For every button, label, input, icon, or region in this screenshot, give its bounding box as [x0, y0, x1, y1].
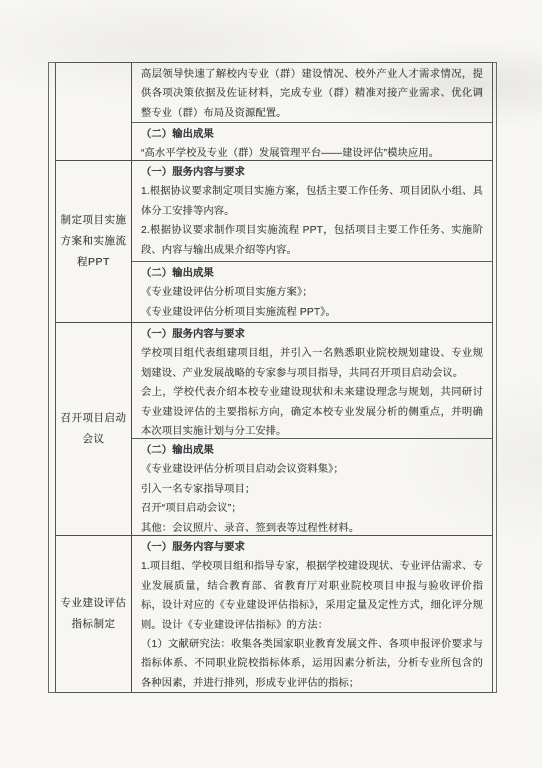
document-table-outer-border: 高层领导快速了解校内专业（群）建设情况、校外产业人才需求情况，提供各项决策依据及… [48, 62, 497, 693]
row-label: 制定项目实施方案和实施流程PPT [56, 161, 132, 322]
paragraph: 学校项目组代表组建项目组，并引入一名熟悉职业院校规划建设、专业规划建设、产业发展… [141, 344, 483, 383]
section-service: （一）服务内容与要求 1.项目组、学校项目组和指导专家，根据学校建设现状、专业评… [132, 536, 492, 692]
row-content: （一）服务内容与要求 1.根据协议要求制定项目实施方案，包括主要工作任务、项目团… [132, 161, 492, 322]
row-content: 高层领导快速了解校内专业（群）建设情况、校外产业人才需求情况，提供各项决策依据及… [132, 63, 492, 160]
paragraph: 1.根据协议要求制定项目实施方案，包括主要工作任务、项目团队小组、具体分工安排等… [141, 182, 483, 221]
section-heading: （一）服务内容与要求 [141, 325, 483, 344]
table-row-platform-output: 高层领导快速了解校内专业（群）建设情况、校外产业人才需求情况，提供各项决策依据及… [56, 63, 492, 160]
table-row-evaluation-indicators: 专业建设评估指标制定 （一）服务内容与要求 1.项目组、学校项目组和指导专家，根… [56, 535, 492, 692]
section-heading: （二）输出成果 [141, 441, 483, 460]
paragraph: 《专业建设评估分析项目实施流程 PPT》。 [141, 303, 483, 322]
section-service: （一）服务内容与要求 学校项目组代表组建项目组，并引入一名熟悉职业院校规划建设、… [132, 323, 492, 438]
paragraph: “高水平学校及专业（群）发展管理平台——建设评估”模块应用。 [141, 144, 483, 160]
row-label-empty [56, 63, 132, 160]
paragraph: 引入一名专家指导项目； [141, 480, 483, 499]
section-output: （二）输出成果 《专业建设评估分析项目实施方案》； 《专业建设评估分析项目实施流… [132, 261, 492, 322]
section-heading: （二）输出成果 [141, 264, 483, 283]
section-output: （二）输出成果 《专业建设评估分析项目启动会议资料集》； 引入一名专家指导项目；… [132, 438, 492, 535]
paragraph: 会上，学校代表介绍本校专业建设现状和未来建设理念与规划，共同研讨专业建设评估的主… [141, 383, 483, 438]
section-service-continued: 高层领导快速了解校内专业（群）建设情况、校外产业人才需求情况，提供各项决策依据及… [132, 63, 492, 122]
paragraph: 高层领导快速了解校内专业（群）建设情况、校外产业人才需求情况，提供各项决策依据及… [141, 65, 483, 122]
paragraph: 《专业建设评估分析项目启动会议资料集》； [141, 460, 483, 479]
section-heading: （二）输出成果 [141, 125, 483, 144]
paragraph: 1.项目组、学校项目组和指导专家，根据学校建设现状、专业评估需求、专业发展质量，… [141, 557, 483, 635]
scanned-document-page: 高层领导快速了解校内专业（群）建设情况、校外产业人才需求情况，提供各项决策依据及… [0, 0, 542, 768]
section-heading: （一）服务内容与要求 [141, 163, 483, 182]
paragraph: 2.根据协议要求制作项目实施流程 PPT，包括项目主要工作任务、实施阶段、内容与… [141, 221, 483, 260]
table-row-kickoff-meeting: 召开项目启动会议 （一）服务内容与要求 学校项目组代表组建项目组，并引入一名熟悉… [56, 322, 492, 535]
section-heading: （一）服务内容与要求 [141, 538, 483, 557]
section-output: （二）输出成果 “高水平学校及专业（群）发展管理平台——建设评估”模块应用。 [132, 122, 492, 160]
paragraph: 其他：会议照片、录音、签到表等过程性材料。 [141, 519, 483, 535]
paragraph: 召开“项目启动会议”； [141, 499, 483, 518]
paragraph: 《专业建设评估分析项目实施方案》； [141, 283, 483, 302]
section-service: （一）服务内容与要求 1.根据协议要求制定项目实施方案，包括主要工作任务、项目团… [132, 161, 492, 261]
row-label: 召开项目启动会议 [56, 323, 132, 535]
table-row-implementation-plan: 制定项目实施方案和实施流程PPT （一）服务内容与要求 1.根据协议要求制定项目… [56, 160, 492, 322]
row-label: 专业建设评估指标制定 [56, 536, 132, 692]
document-table: 高层领导快速了解校内专业（群）建设情况、校外产业人才需求情况，提供各项决策依据及… [55, 62, 493, 693]
row-content: （一）服务内容与要求 学校项目组代表组建项目组，并引入一名熟悉职业院校规划建设、… [132, 323, 492, 535]
row-content: （一）服务内容与要求 1.项目组、学校项目组和指导专家，根据学校建设现状、专业评… [132, 536, 492, 692]
paragraph: （1）文献研究法：收集各类国家职业教育发展文件、各项申报评价要求与指标体系、不同… [141, 635, 483, 692]
